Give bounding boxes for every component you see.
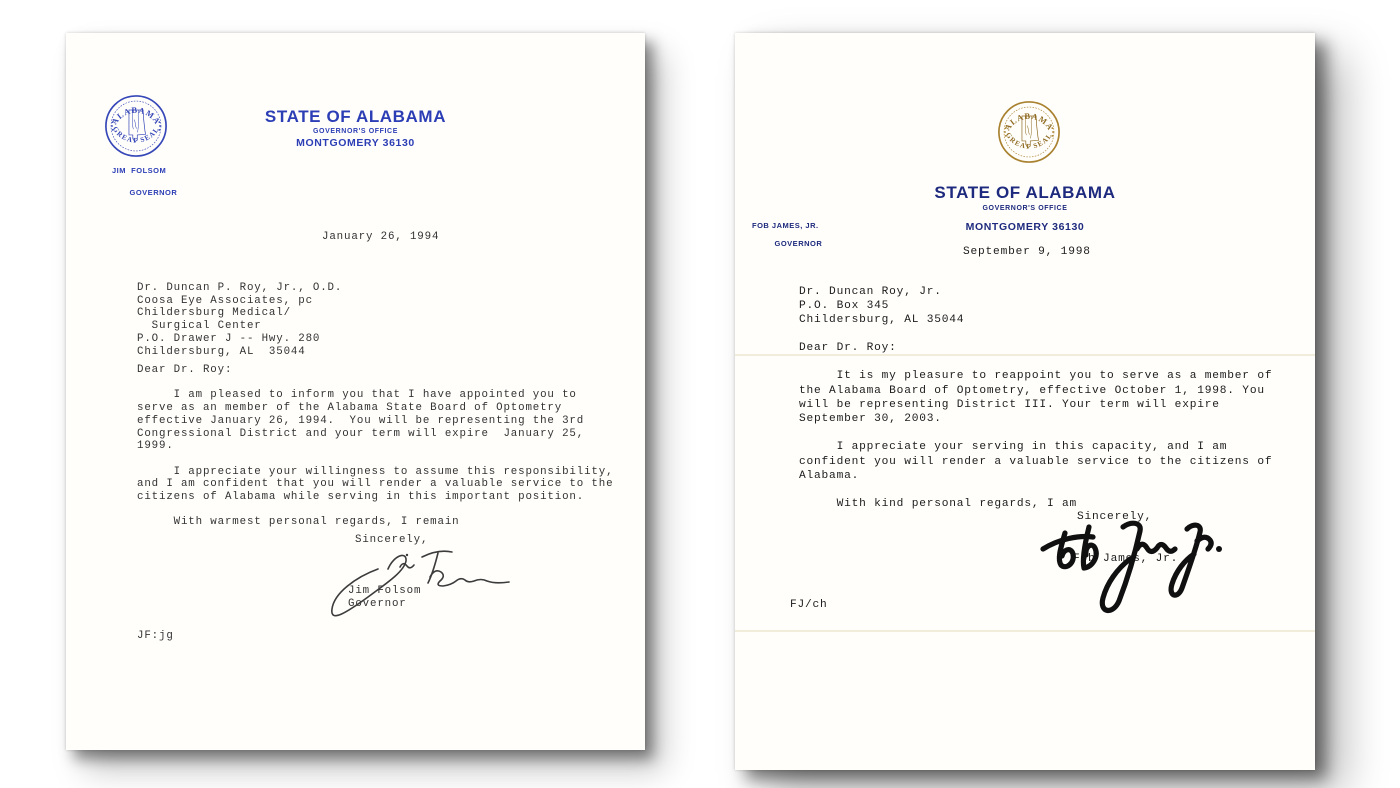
letterhead-title: STATE OF ALABAMA — [66, 107, 645, 127]
governor-title: GOVERNOR — [130, 188, 178, 197]
svg-text:GREAT SEAL: GREAT SEAL — [1004, 131, 1054, 151]
governor-name: JIM FOLSOM — [112, 166, 166, 175]
governor-name: FOB JAMES, JR. — [752, 221, 819, 230]
letter-date: January 26, 1994 — [322, 231, 439, 244]
letterhead-office: GOVERNOR'S OFFICE — [66, 128, 645, 135]
great-seal-of-alabama-icon: ALABAMA GREAT SEAL — [997, 100, 1061, 164]
letterhead-city: MONTGOMERY 36130 — [66, 137, 645, 149]
letter-page-1994: ALABAMA GREAT SEAL JIM FOLSOM GOVERNOR S… — [66, 33, 645, 750]
letterhead-title: STATE OF ALABAMA — [735, 183, 1315, 203]
reference-initials: JF:jg — [137, 630, 174, 643]
svg-text:ALABAMA: ALABAMA — [1003, 112, 1055, 133]
letterhead-office: GOVERNOR'S OFFICE — [735, 205, 1315, 212]
governor-name-block: FOB JAMES, JR. GOVERNOR — [752, 221, 822, 257]
governor-name-block: JIM FOLSOM GOVERNOR — [112, 165, 177, 209]
closing-salutation: Sincerely, — [355, 534, 428, 547]
recipient-address: Dr. Duncan P. Roy, Jr., O.D. Coosa Eye A… — [137, 282, 342, 358]
letter-body: Dear Dr. Roy: It is my pleasure to reapp… — [799, 341, 1272, 511]
typed-signature: Jim Folsom Governor — [348, 585, 421, 610]
fob-james-signature — [1035, 513, 1240, 623]
closing-salutation: Sincerely, — [1077, 510, 1152, 524]
letter-body: Dear Dr. Roy: I am pleased to inform you… — [137, 364, 613, 529]
scanned-letters-canvas: ALABAMA GREAT SEAL JIM FOLSOM GOVERNOR S… — [0, 0, 1400, 788]
letter-page-1998: ALABAMA GREAT SEAL STATE OF ALABAMA GOVE… — [735, 33, 1315, 770]
governor-title: GOVERNOR — [775, 239, 823, 248]
seal-top-text: ALABAMA — [1003, 112, 1055, 133]
seal-bottom-text: GREAT SEAL — [1004, 131, 1054, 151]
letter-date: September 9, 1998 — [963, 245, 1091, 259]
recipient-address: Dr. Duncan Roy, Jr. P.O. Box 345 Childer… — [799, 285, 964, 328]
fold-line — [735, 630, 1315, 632]
typed-signature: Fob James, Jr. — [1073, 552, 1178, 566]
reference-initials: FJ/ch — [790, 598, 828, 612]
